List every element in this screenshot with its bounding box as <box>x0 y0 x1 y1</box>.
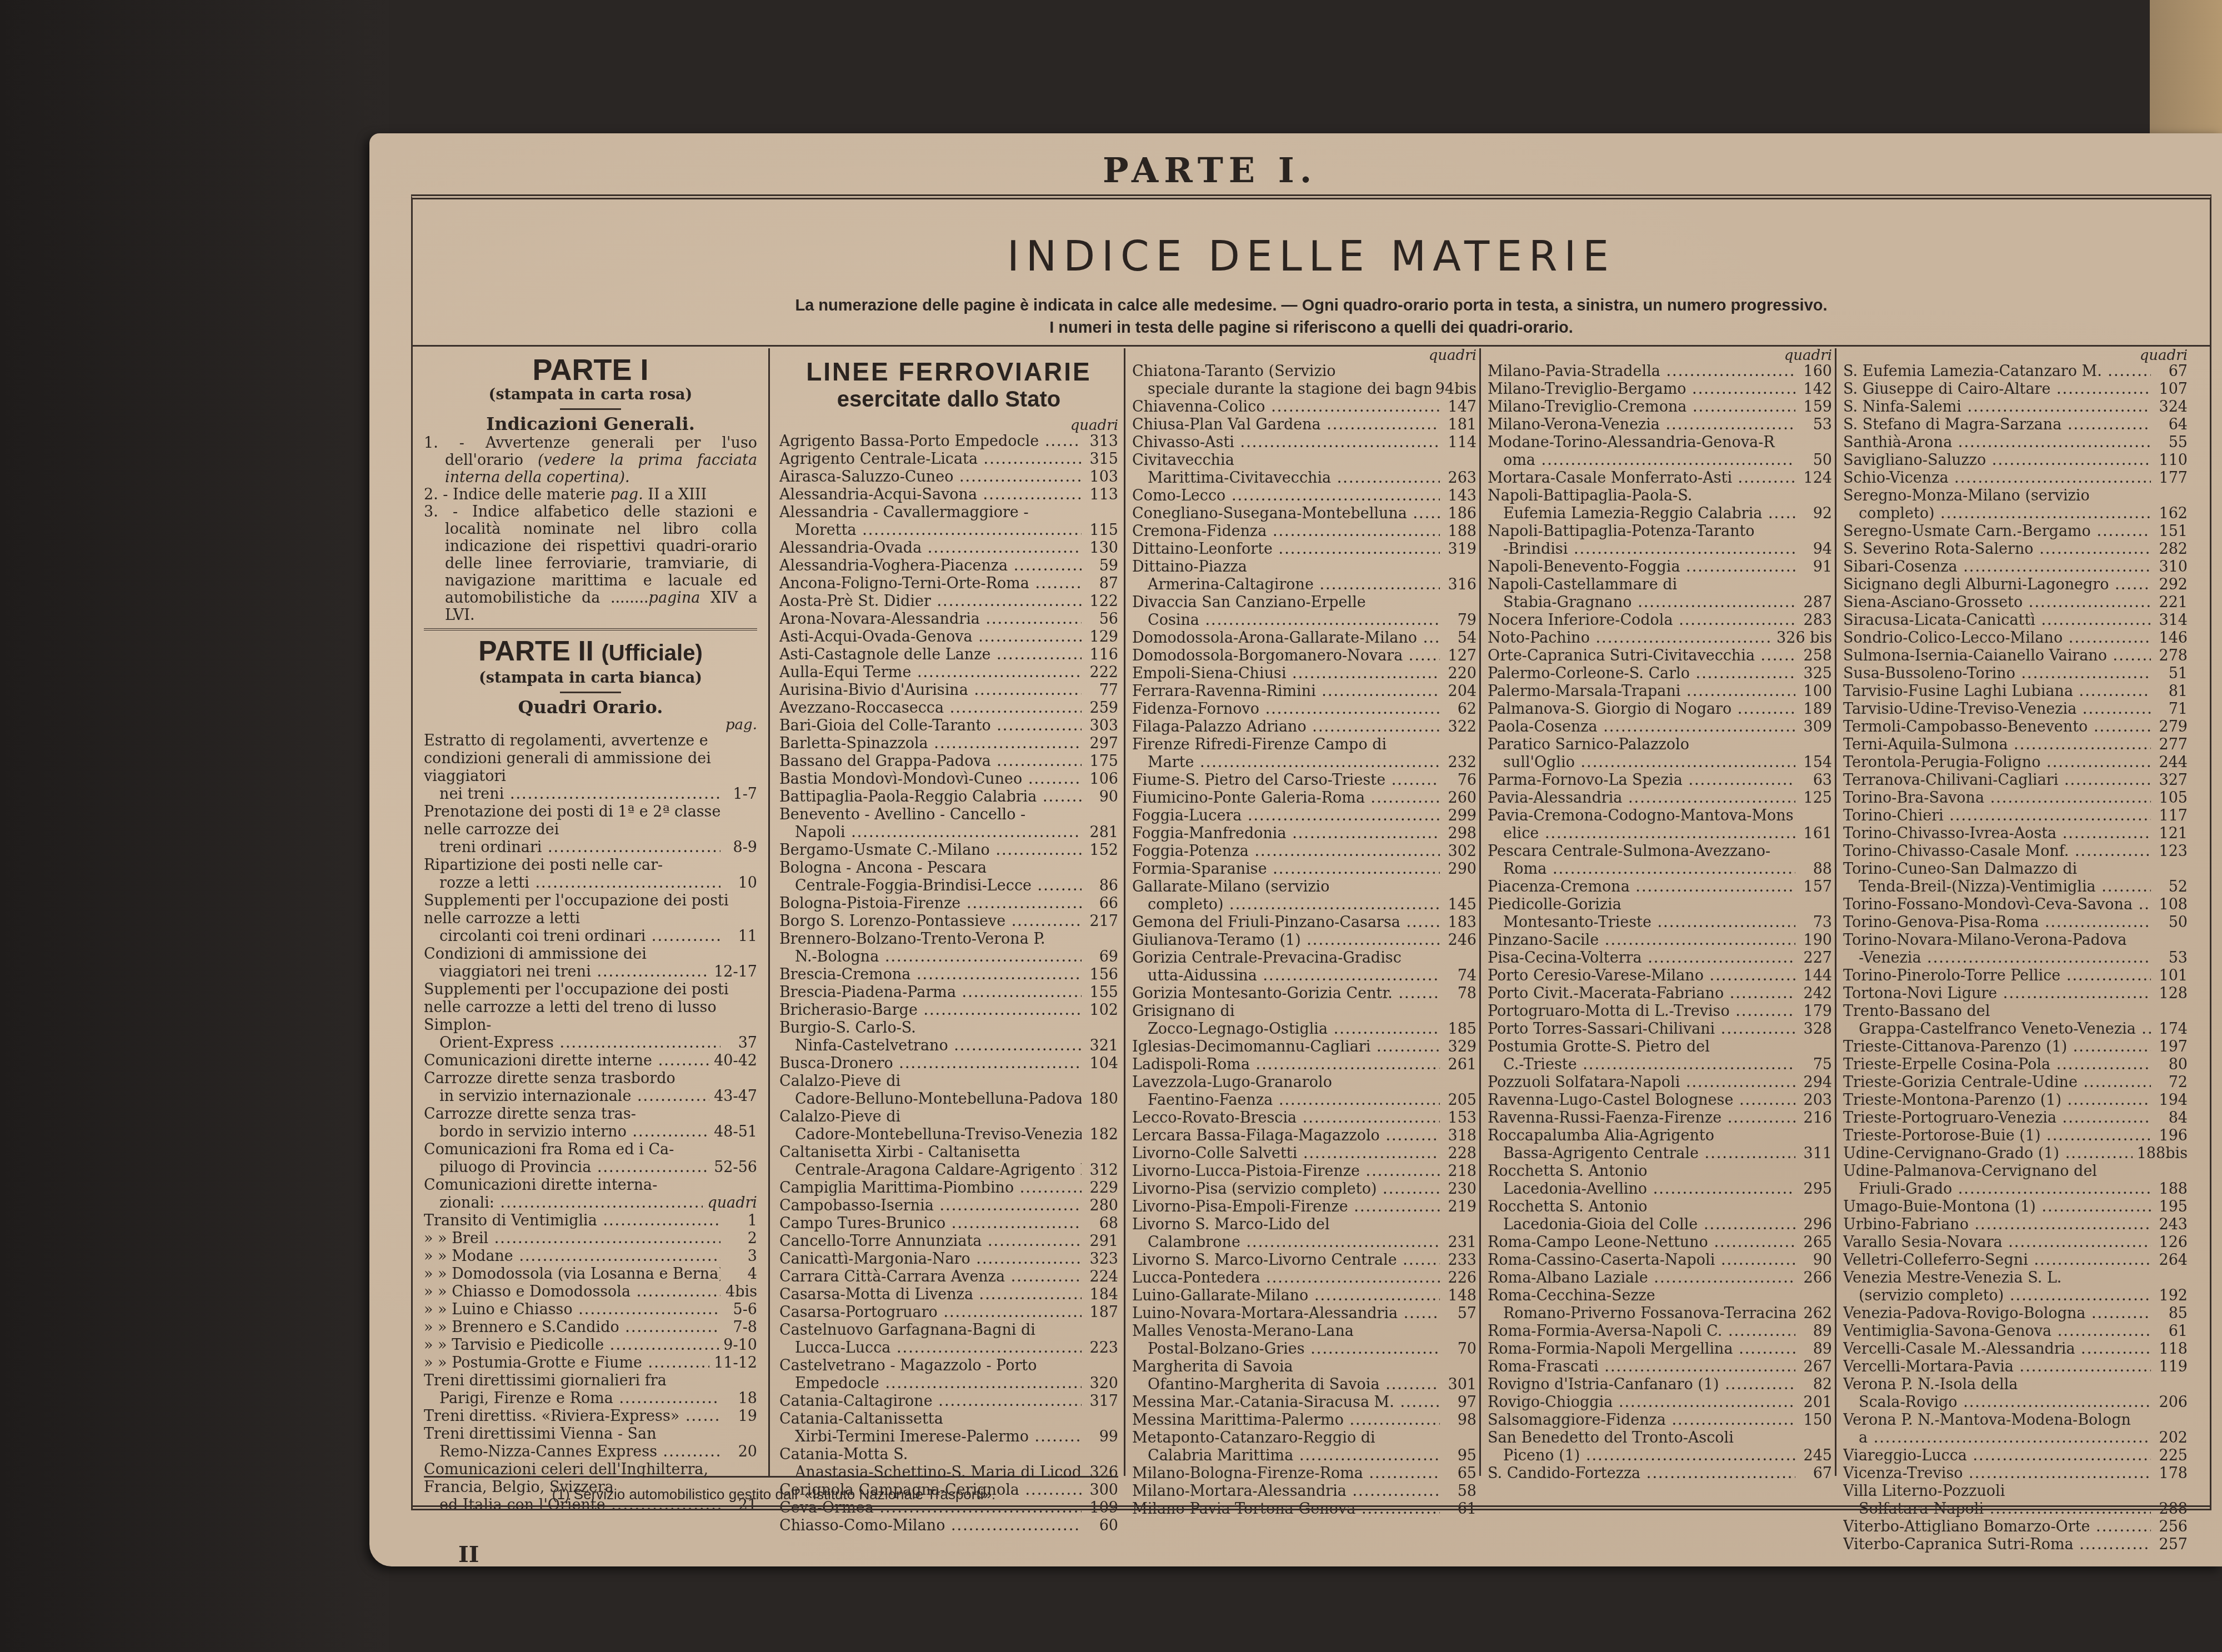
entry-label: Campiglia Marittima-Piombino <box>779 1179 1082 1197</box>
part-heading: PARTE I. <box>1103 150 1317 191</box>
index-entry: Avezzano-Roccasecca259 <box>779 699 1118 717</box>
index-entry: Viareggio-Lucca225 <box>1843 1447 2188 1465</box>
entry-number: 245 <box>1795 1447 1832 1465</box>
route-entry: Seregno-Monza-Milano (serviziocompleto)1… <box>1843 487 2188 523</box>
entry-label: Foggia-Potenza <box>1132 843 1440 860</box>
entry-number: 123 <box>2151 843 2188 860</box>
route-entry: Formia-Sparanise290 <box>1132 860 1477 878</box>
entry-number: 11 <box>720 928 757 945</box>
entry-label: Napoli <box>779 824 1082 842</box>
entry-number: 244 <box>2151 754 2188 772</box>
entry-label: Agrigento Bassa-Porto Empedocle <box>779 433 1082 450</box>
entry-label: Dittaino-Piazza <box>1132 558 1477 576</box>
entry-label: Lacedonia-Gioia del Colle <box>1488 1216 1795 1234</box>
entry-label: Rovigo-Chioggia <box>1488 1394 1795 1411</box>
route-entry: Foggia-Lucera299 <box>1132 807 1477 825</box>
entry-label: Casarsa-Motta di Livenza <box>779 1286 1082 1304</box>
entry-number: 95 <box>1440 1447 1477 1465</box>
route-entry: Napoli-Battipaglia-Paola-S.Eufemia Lamez… <box>1488 487 1832 523</box>
entry-label: Varallo Sesia-Novara <box>1843 1234 2151 1251</box>
entry-label: in servizio internazionale <box>424 1088 709 1105</box>
pag-label: pag. <box>424 718 757 732</box>
index-entry: Livorno-Pisa-Empoli-Firenze219 <box>1132 1198 1477 1216</box>
entry-number: 206 <box>2151 1394 2188 1411</box>
index-entry: Romano-Priverno Fossanova-Terracina262 <box>1488 1305 1832 1323</box>
quadri-label: quadri <box>1843 348 2188 363</box>
route-entry: Bassano del Grappa-Padova175 <box>779 753 1118 770</box>
entry-number: 64 <box>2151 416 2188 434</box>
index-entry: Sibari-Cosenza310 <box>1843 558 2188 576</box>
entry-number: 117 <box>2151 807 2188 825</box>
entry-label: Foggia-Lucera <box>1132 807 1440 825</box>
entry-number: 67 <box>1795 1465 1832 1483</box>
entry-number: 155 <box>1082 984 1118 1002</box>
entry-label: Condizioni di ammissione dei <box>424 945 757 963</box>
entry-number: 226 <box>1440 1269 1477 1287</box>
index-entry: Termoli-Campobasso-Benevento279 <box>1843 718 2188 736</box>
entry-label: Ofantino-Margherita di Savoia <box>1132 1376 1440 1394</box>
column-state-railways-d: quadri S. Eufemia Lamezia-Catanzaro M.67… <box>1843 348 2188 1554</box>
entry-number: quadri <box>703 1194 757 1212</box>
index-entry: speciale durante la stagione dei bagni)9… <box>1132 381 1477 398</box>
entry-label: Bastia Mondovì-Mondovì-Cuneo <box>779 770 1082 788</box>
entry-label: Savigliano-Saluzzo <box>1843 452 2151 469</box>
entry-label: Porto Ceresio-Varese-Milano <box>1488 967 1795 985</box>
index-entry: Grappa-Castelfranco Veneto-Venezia174 <box>1843 1020 2188 1038</box>
entry-number: 177 <box>2151 469 2188 487</box>
entry-number: 106 <box>1082 770 1118 788</box>
entry-number: 294 <box>1795 1074 1832 1092</box>
entry-number: 262 <box>1795 1305 1832 1323</box>
entry-number: 225 <box>2151 1447 2188 1465</box>
entry-label: viaggiatori nei treni <box>424 963 709 981</box>
index-entry: » » Tarvisio e Piedicolle9-10 <box>424 1336 757 1354</box>
entry-label: Mortara-Casale Monferrato-Asti <box>1488 469 1795 487</box>
route-entry: Bergamo-Usmate C.-Milano152 <box>779 842 1118 859</box>
entry-number: 311 <box>1795 1145 1832 1163</box>
entry-label: Roma-Cecchina-Sezze <box>1488 1287 1832 1305</box>
entry-label: Campo Tures-Brunico <box>779 1215 1082 1233</box>
index-entry: a202 <box>1843 1429 2188 1447</box>
entry-label: Pisa-Cecina-Volterra <box>1488 949 1795 967</box>
index-entry: Alessandria-Voghera-Piacenza59 <box>779 557 1118 575</box>
index-entry: Lacedonia-Gioia del Colle296 <box>1488 1216 1832 1234</box>
entry-label: Tenda-Breil-(Nizza)-Ventimiglia <box>1843 878 2151 896</box>
index-entry-group: Carrozze dirette senza trasbordoin servi… <box>424 1070 757 1105</box>
entry-label: Seregno-Monza-Milano (servizio <box>1843 487 2188 505</box>
index-entry: treni ordinari8-9 <box>424 839 757 857</box>
entry-label: Piedicolle-Gorizia <box>1488 896 1832 914</box>
entry-label: Milano-Treviglio-Cremona <box>1488 398 1795 416</box>
entry-label: Salsomaggiore-Fidenza <box>1488 1411 1795 1429</box>
entry-number: 50 <box>1795 452 1832 469</box>
entry-number: 243 <box>2151 1216 2188 1234</box>
entry-label: speciale durante la stagione dei bagni) <box>1132 381 1431 398</box>
route-entry: S. Ninfa-Salemi324 <box>1843 398 2188 416</box>
index-entry: Ravenna-Lugo-Castel Bolognese203 <box>1488 1092 1832 1109</box>
entry-label: Tarvisio-Udine-Treviso-Venezia <box>1843 700 2151 718</box>
index-entry: Giulianova-Teramo (1)246 <box>1132 932 1477 949</box>
route-entry: Mortara-Casale Monferrato-Asti124 <box>1488 469 1832 487</box>
index-entry: Casarsa-Motta di Livenza184 <box>779 1286 1118 1304</box>
entry-number: 183 <box>1440 914 1477 932</box>
route-entry: Fiumicino-Ponte Galeria-Roma260 <box>1132 789 1477 807</box>
entry-number: 144 <box>1795 967 1832 985</box>
entry-label: sull'Oglio <box>1488 754 1795 772</box>
entry-number: 309 <box>1795 718 1832 736</box>
entry-label: Livorno-Pisa-Empoli-Firenze <box>1132 1198 1440 1216</box>
route-entry: Pavia-Cremona-Codogno-Mantova-Monselice1… <box>1488 807 1832 843</box>
route-entry: Divaccia San Canziano-ErpelleCosina79 <box>1132 594 1477 629</box>
entry-label: Ninfa-Castelvetrano <box>779 1037 1082 1055</box>
entry-label: Marte <box>1132 754 1440 772</box>
index-entry: Lucca-Pontedera226 <box>1132 1269 1477 1287</box>
general-item: 2. - Indice delle materie pag. II a XIII <box>424 486 757 503</box>
index-entry: Umago-Buie-Montona (1)195 <box>1843 1198 2188 1216</box>
route-entry: Caltanisetta Xirbi - CaltanisettaCentral… <box>779 1144 1118 1179</box>
entry-label: Roma <box>1488 860 1795 878</box>
index-entry: Luino-Gallarate-Milano148 <box>1132 1287 1477 1305</box>
route-entry: Busca-Dronero104 <box>779 1055 1118 1073</box>
entry-number: 320 <box>1082 1375 1118 1393</box>
route-entry: Varallo Sesia-Novara126 <box>1843 1234 2188 1251</box>
entry-number: 326 <box>1082 1464 1118 1481</box>
route-entry: Domodossola-Arona-Gallarate-Milano54 <box>1132 629 1477 647</box>
quadri-label: quadri <box>1132 348 1477 363</box>
entry-label: Nocera Inferiore-Codola <box>1488 612 1795 629</box>
index-entry: S. Eufemia Lamezia-Catanzaro M.67 <box>1843 363 2188 381</box>
route-entry: Benevento - Avellino - Cancello -Napoli2… <box>779 806 1118 842</box>
entry-label: Lucca-Pontedera <box>1132 1269 1440 1287</box>
entry-label: Cadore-Belluno-Montebelluna-Padova <box>779 1090 1082 1108</box>
entry-label: Messina Mar.-Catania-Siracusa M. <box>1132 1394 1440 1411</box>
entry-label: Torino-Chivasso-Ivrea-Aosta <box>1843 825 2151 843</box>
short-rule <box>560 408 621 410</box>
entry-label: Siena-Asciano-Grosseto <box>1843 594 2151 612</box>
index-entry: Ninfa-Castelvetrano321 <box>779 1037 1118 1055</box>
route-entry: Conegliano-Susegana-Montebelluna186 <box>1132 505 1477 523</box>
entry-label: San Benedetto del Tronto-Ascoli <box>1488 1429 1832 1447</box>
entry-number: 89 <box>1795 1340 1832 1358</box>
entry-label: Postal-Bolzano-Gries <box>1132 1340 1440 1358</box>
index-entry: Pavia-Alessandria125 <box>1488 789 1832 807</box>
index-entry: Alessandria-Acqui-Savona113 <box>779 486 1118 504</box>
index-entry: Lecco-Rovato-Brescia153 <box>1132 1109 1477 1127</box>
index-entry: Udine-Cervignano-Grado (1)188bis <box>1843 1145 2188 1163</box>
entry-number: 57 <box>1440 1305 1477 1323</box>
index-entry: Chiusa-Plan Val Gardena181 <box>1132 416 1477 434</box>
entry-number: 175 <box>1082 753 1118 770</box>
index-entry: Milano-Verona-Venezia53 <box>1488 416 1832 434</box>
index-entry: oma50 <box>1488 452 1832 469</box>
route-entry: Carrara Città-Carrara Avenza224 <box>779 1268 1118 1286</box>
index-entry: Milano-Treviglio-Bergamo142 <box>1488 381 1832 398</box>
entry-number: 223 <box>1082 1339 1118 1357</box>
page-title: INDICE DELLE MATERIE <box>413 233 2210 281</box>
entry-label: Cremona-Fidenza <box>1132 523 1440 540</box>
index-entry: Salsomaggiore-Fidenza150 <box>1488 1411 1832 1429</box>
entry-label: Brennero-Bolzano-Trento-Verona P. <box>779 930 1118 948</box>
entry-label: Porto Torres-Sassari-Chilivani <box>1488 1020 1795 1038</box>
entry-label: S. Giuseppe di Cairo-Altare <box>1843 381 2151 398</box>
index-entry: Fiume-S. Pietro del Carso-Trieste76 <box>1132 772 1477 789</box>
entry-label: Airasca-Saluzzo-Cuneo <box>779 468 1082 486</box>
entry-number: 98 <box>1440 1411 1477 1429</box>
entry-label: Tortona-Novi Ligure <box>1843 985 2151 1003</box>
entry-number: 52-56 <box>709 1159 757 1177</box>
index-entry: S. Giuseppe di Cairo-Altare107 <box>1843 381 2188 398</box>
index-entry: Bassa-Agrigento Centrale311 <box>1488 1145 1832 1163</box>
entry-label: Alessandria-Ovada <box>779 539 1082 557</box>
entry-number: 162 <box>2151 505 2188 523</box>
entry-number: 105 <box>2151 789 2188 807</box>
entry-label: Roma-Cassino-Caserta-Napoli <box>1488 1251 1795 1269</box>
entry-label: piluogo di Provincia <box>424 1159 709 1177</box>
entry-label: Gorizia Montesanto-Gorizia Centr. <box>1132 985 1440 1003</box>
entry-number: 264 <box>2151 1251 2188 1269</box>
route-entry: Brennero-Bolzano-Trento-Verona P.N.-Bolo… <box>779 930 1118 966</box>
route-entry: Milano-Mortara-Alessandria58 <box>1132 1483 1477 1500</box>
entry-number: 70 <box>1440 1340 1477 1358</box>
entry-label: Faentino-Faenza <box>1132 1092 1440 1109</box>
entry-label: Giulianova-Teramo (1) <box>1132 932 1440 949</box>
general-item: 1. - Avvertenze generali per l'uso dell'… <box>424 434 757 486</box>
entry-label: Trieste-Portogruaro-Venezia <box>1843 1109 2151 1127</box>
index-entry: Trieste-Portorose-Buie (1)196 <box>1843 1127 2188 1145</box>
route-entry: Torino-Fossano-Mondovì-Ceva-Savona108 <box>1843 896 2188 914</box>
route-entry: Bari-Gioia del Colle-Taranto303 <box>779 717 1118 735</box>
column-state-railways-c: quadri Milano-Pavia-Stradella160Milano-T… <box>1488 348 1832 1483</box>
entry-label: Torino-Novara-Milano-Verona-Padova <box>1843 932 2188 949</box>
index-entry: Lucca-Lucca223 <box>779 1339 1118 1357</box>
index-entry: Calambrone231 <box>1132 1234 1477 1251</box>
route-entry: S. Eufemia Lamezia-Catanzaro M.67 <box>1843 363 2188 381</box>
entry-number: 221 <box>2151 594 2188 612</box>
entry-number: 301 <box>1440 1376 1477 1394</box>
index-entry: Luino-Novara-Mortara-Alessandria57 <box>1132 1305 1477 1323</box>
index-entry: Alessandria-Ovada130 <box>779 539 1118 557</box>
column-divider <box>768 348 770 1476</box>
route-entry: Noto-Pachino326 bis <box>1488 629 1832 647</box>
route-entry: Porto Civit.-Macerata-Fabriano242 <box>1488 985 1832 1003</box>
index-entry: Gorizia Montesanto-Gorizia Centr.78 <box>1132 985 1477 1003</box>
route-entry: Margherita di SavoiaOfantino-Margherita … <box>1132 1358 1477 1394</box>
index-entry: Friuli-Grado188 <box>1843 1180 2188 1198</box>
index-entry-group: Ripartizione dei posti nelle car-rozze a… <box>424 857 757 892</box>
route-entry: Gemona del Friuli-Pinzano-Casarsa183 <box>1132 914 1477 932</box>
entry-number: 69 <box>1082 948 1118 966</box>
entry-label: Orte-Capranica Sutri-Civitavecchia <box>1488 647 1795 665</box>
entry-number: 147 <box>1440 398 1477 416</box>
index-entry: Campobasso-Isernia280 <box>779 1197 1118 1215</box>
entry-label: Cosina <box>1132 612 1440 629</box>
index-entry: Livorno-Pisa (servizio completo)230 <box>1132 1180 1477 1198</box>
entry-number: 150 <box>1795 1411 1832 1429</box>
index-entry-group: Treni direttiss. «Riviera-Express»19 <box>424 1408 757 1425</box>
parte1-subtitle: (stampata in carta rosa) <box>424 386 757 404</box>
index-entry: Transito di Ventimiglia1 <box>424 1212 757 1230</box>
index-entry: Viterbo-Capranica Sutri-Roma257 <box>1843 1536 2188 1554</box>
column-parts: PARTE I (stampata in carta rosa) Indicaz… <box>424 348 757 1514</box>
entry-label: Portogruaro-Motta di L.-Treviso <box>1488 1003 1795 1020</box>
entry-number: 128 <box>2151 985 2188 1003</box>
parte2-section: Quadri Orario. <box>424 697 757 718</box>
index-entry: Milano-Mortara-Alessandria58 <box>1132 1483 1477 1500</box>
index-entry: Agrigento Centrale-Licata315 <box>779 450 1118 468</box>
index-entry: Roma-Campo Leone-Nettuno265 <box>1488 1234 1832 1251</box>
route-entry: Empoli-Siena-Chiusi220 <box>1132 665 1477 683</box>
index-entry: » » Domodossola (via Losanna e Berna)4 <box>424 1265 757 1283</box>
index-entry: Torino-Bra-Savona105 <box>1843 789 2188 807</box>
entry-number: 329 <box>1440 1038 1477 1056</box>
index-entry: Palermo-Corleone-S. Carlo325 <box>1488 665 1832 683</box>
index-entry: Rovigno d'Istria-Canfanaro (1)82 <box>1488 1376 1832 1394</box>
entry-number: 258 <box>1795 647 1832 665</box>
route-entry: Chiasso-Como-Milano60 <box>779 1517 1118 1535</box>
index-entry: Urbino-Fabriano243 <box>1843 1216 2188 1234</box>
index-entry: elice161 <box>1488 825 1832 843</box>
page-number: II <box>458 1541 479 1568</box>
index-entry: -Brindisi94 <box>1488 540 1832 558</box>
route-entry: Avezzano-Roccasecca259 <box>779 699 1118 717</box>
index-entry: Brescia-Cremona156 <box>779 966 1118 984</box>
entry-label: zionali: <box>424 1194 703 1212</box>
route-entry: Torino-Chieri117 <box>1843 807 2188 825</box>
index-entry: Busca-Dronero104 <box>779 1055 1118 1073</box>
entry-label: Filaga-Palazzo Adriano <box>1132 718 1440 736</box>
route-entry: Milano-Bologna-Firenze-Roma65 <box>1132 1465 1477 1483</box>
entry-number: 233 <box>1440 1251 1477 1269</box>
index-entry: Paola-Cosenza309 <box>1488 718 1832 736</box>
entry-label: Napoli-Castellammare di <box>1488 576 1832 594</box>
index-entry: Trieste-Erpelle Cosina-Pola80 <box>1843 1056 2188 1074</box>
route-entry: Udine-Palmanova-Cervignano delFriuli-Gra… <box>1843 1163 2188 1198</box>
index-entry: Lercara Bassa-Filaga-Magazzolo318 <box>1132 1127 1477 1145</box>
index-entry: Ladispoli-Roma261 <box>1132 1056 1477 1074</box>
route-entry: Napoli-Battipaglia-Potenza-Taranto-Brind… <box>1488 523 1832 558</box>
entry-label: Schio-Vicenza <box>1843 469 2151 487</box>
general-items: 1. - Avvertenze generali per l'uso dell'… <box>424 434 757 624</box>
index-entry: Porto Ceresio-Varese-Milano144 <box>1488 967 1832 985</box>
entry-label: Milano-Pavia-Stradella <box>1488 363 1795 381</box>
entry-number: 5-6 <box>720 1301 757 1319</box>
entry-number: 204 <box>1440 683 1477 700</box>
entry-number: 92 <box>1795 505 1832 523</box>
entry-number: 145 <box>1440 896 1477 914</box>
entry-label: Viareggio-Lucca <box>1843 1447 2151 1465</box>
route-entry: Agrigento Centrale-Licata315 <box>779 450 1118 468</box>
entry-number: 161 <box>1795 825 1832 843</box>
index-entry: Barletta-Spinazzola297 <box>779 735 1118 753</box>
route-entry: Chiavenna-Colico147 <box>1132 398 1477 416</box>
route-entry: Fidenza-Fornovo62 <box>1132 700 1477 718</box>
entry-number: 124 <box>1795 469 1832 487</box>
parte2-title: PARTE II (Ufficiale) <box>424 635 757 669</box>
entry-label: Xirbi-Termini Imerese-Palermo <box>779 1428 1082 1446</box>
entry-number: 90 <box>1795 1251 1832 1269</box>
index-entry: Arona-Novara-Alessandria56 <box>779 610 1118 628</box>
entry-label: Catania-Caltagirone <box>779 1393 1082 1410</box>
entry-label: Trieste-Gorizia Centrale-Udine <box>1843 1074 2151 1092</box>
entry-label: Pescara Centrale-Sulmona-Avezzano- <box>1488 843 1832 860</box>
route-entry: Rocchetta S. AntonioLacedonia-Gioia del … <box>1488 1198 1832 1234</box>
index-entry: Rovigo-Chioggia201 <box>1488 1394 1832 1411</box>
entry-number: 277 <box>2151 736 2188 754</box>
entry-label: Catania-Motta S. <box>779 1446 1118 1464</box>
index-entry: Parma-Fornovo-La Spezia63 <box>1488 772 1832 789</box>
entry-number: 154 <box>1795 754 1832 772</box>
index-entry: Torino-Pinerolo-Torre Pellice101 <box>1843 967 2188 985</box>
entry-label: Estratto di regolamenti, avvertenze e co… <box>424 732 757 785</box>
entry-label: Venezia Mestre-Venezia S. L. <box>1843 1269 2188 1287</box>
entry-number: 75 <box>1795 1056 1832 1074</box>
entry-label: Torino-Chivasso-Casale Monf. <box>1843 843 2151 860</box>
entry-label: Anastasia-Schettino-S. Maria di Licodia <box>779 1464 1082 1481</box>
entry-label: Pavia-Cremona-Codogno-Mantova-Mons <box>1488 807 1832 825</box>
index-entry: Cremona-Fidenza188 <box>1132 523 1477 540</box>
index-entry: Anastasia-Schettino-S. Maria di Licodia3… <box>779 1464 1118 1481</box>
index-entry: Cadore-Belluno-Montebelluna-Padova180 <box>779 1090 1118 1108</box>
entry-label: » » Luino e Chiasso <box>424 1301 720 1319</box>
route-entry: Vercelli-Casale M.-Alessandria118 <box>1843 1340 2188 1358</box>
entry-number: 246 <box>1440 932 1477 949</box>
entry-label: Torino-Chieri <box>1843 807 2151 825</box>
index-entry: Comunicazioni dirette interne40-42 <box>424 1052 757 1070</box>
entry-label: Lercara Bassa-Filaga-Magazzolo <box>1132 1127 1440 1145</box>
route-entry: Susa-Bussoleno-Torino51 <box>1843 665 2188 683</box>
entry-label: Livorno-Lucca-Pistoia-Firenze <box>1132 1163 1440 1180</box>
index-entry: -Venezia53 <box>1843 949 2188 967</box>
parte2-subtitle: (stampata in carta bianca) <box>424 669 757 687</box>
entry-label: Empoli-Siena-Chiusi <box>1132 665 1440 683</box>
entry-number: 217 <box>1082 913 1118 930</box>
index-entry: Sulmona-Isernia-Caianello Vairano278 <box>1843 647 2188 665</box>
index-entry: Parigi, Firenze e Roma18 <box>424 1390 757 1408</box>
entry-label: Gemona del Friuli-Pinzano-Casarsa <box>1132 914 1440 932</box>
route-entry: Gorizia Montesanto-Gorizia Centr.78 <box>1132 985 1477 1003</box>
entry-label: Caltanisetta Xirbi - Caltanisetta <box>779 1144 1118 1162</box>
entry-label: Borgo S. Lorenzo-Pontassieve <box>779 913 1082 930</box>
route-entry: Ladispoli-Roma261 <box>1132 1056 1477 1074</box>
entry-number: 79 <box>1440 612 1477 629</box>
entry-number: 203 <box>1795 1092 1832 1109</box>
index-entry: Siena-Asciano-Grosseto221 <box>1843 594 2188 612</box>
entry-label: S. Eufemia Lamezia-Catanzaro M. <box>1843 363 2151 381</box>
index-entry: Aurisina-Bivio d'Aurisina77 <box>779 682 1118 699</box>
entry-number: 11-12 <box>709 1354 757 1372</box>
index-entry: completo)145 <box>1132 896 1477 914</box>
entry-label: Santhià-Arona <box>1843 434 2151 452</box>
entry-number: 216 <box>1795 1109 1832 1127</box>
entry-number: 292 <box>2151 576 2188 594</box>
entry-label: Fidenza-Fornovo <box>1132 700 1440 718</box>
entry-label: Trento-Bassano del <box>1843 1003 2188 1020</box>
index-entry: Moretta115 <box>779 522 1118 539</box>
index-entry-group: Comunicazioni fra Roma ed i Ca-piluogo d… <box>424 1141 757 1177</box>
entry-number: 37 <box>720 1034 757 1052</box>
index-entry: Domodossola-Borgomanero-Novara127 <box>1132 647 1477 665</box>
index-entry: Postal-Bolzano-Gries70 <box>1132 1340 1477 1358</box>
entry-number: 195 <box>2151 1198 2188 1216</box>
index-entry: Noto-Pachino326 bis <box>1488 629 1832 647</box>
entry-label: Fiume-S. Pietro del Carso-Trieste <box>1132 772 1440 789</box>
index-entry: (servizio completo)192 <box>1843 1287 2188 1305</box>
entry-number: 103 <box>1082 468 1118 486</box>
route-entry: Piacenza-Cremona157 <box>1488 878 1832 896</box>
entry-number: 68 <box>1082 1215 1118 1233</box>
entry-number: 222 <box>1082 664 1118 682</box>
entry-number: 156 <box>1082 966 1118 984</box>
